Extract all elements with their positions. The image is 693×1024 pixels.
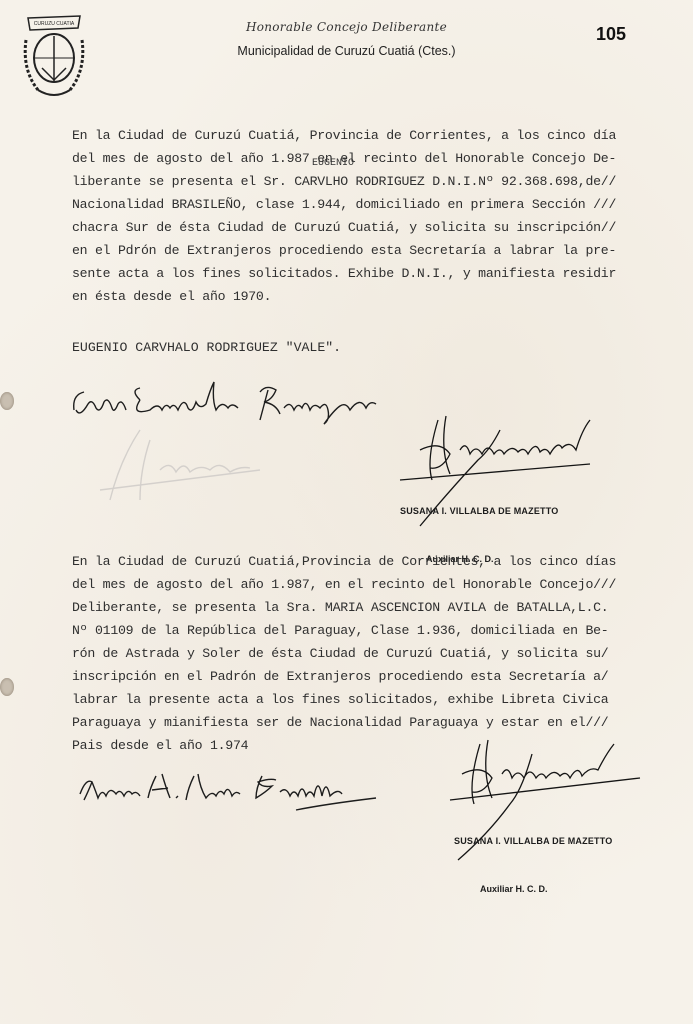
- act1-line: sente acta a los fines solicitados. Exhi…: [72, 262, 692, 285]
- act2-line: del mes de agosto del año 1.987, en el r…: [72, 573, 692, 596]
- punch-hole-top: [0, 392, 14, 410]
- act2-paragraph: En la Ciudad de Curuzú Cuatiá,Provincia …: [72, 550, 692, 757]
- stamp-title: Auxiliar H. C. D.: [480, 884, 612, 894]
- declarant-name: EUGENIO CARVHALO RODRIGUEZ "VALE".: [72, 340, 341, 355]
- act2-line: rón de Astrada y Soler de ésta Ciudad de…: [72, 642, 692, 665]
- municipality-title: Municipalidad de Curuzú Cuatiá (Ctes.): [0, 44, 693, 58]
- act1-line: en ésta desde el año 1970.: [72, 285, 692, 308]
- council-title: Honorable Concejo Deliberante: [0, 20, 693, 34]
- act1-line: liberante se presenta el Sr. CARVLHO ROD…: [72, 170, 692, 193]
- act2-line: labrar la presente acta a los fines soli…: [72, 688, 692, 711]
- declarant-signature-2: [76, 768, 396, 818]
- act1-line: chacra Sur de ésta Ciudad de Curuzú Cuat…: [72, 216, 692, 239]
- act1-line: del mes de agosto del año 1.987 en el re…: [72, 147, 692, 170]
- folio-number: 105: [596, 24, 626, 45]
- act1-line: En la Ciudad de Curuzú Cuatiá, Provincia…: [72, 124, 692, 147]
- act2-line: Deliberante, se presenta la Sra. MARIA A…: [72, 596, 692, 619]
- faint-signature-bleed: [80, 420, 300, 510]
- act2-line: Paraguaya y mianifiesta ser de Nacionali…: [72, 711, 692, 734]
- act2-line: inscripción en el Padrón de Extranjeros …: [72, 665, 692, 688]
- stamp-name: SUSANA I. VILLALBA DE MAZETTO: [400, 506, 558, 516]
- punch-hole-bottom: [0, 678, 14, 696]
- official-stamp-2: SUSANA I. VILLALBA DE MAZETTO Auxiliar H…: [454, 800, 612, 930]
- stamp-name: SUSANA I. VILLALBA DE MAZETTO: [454, 836, 612, 846]
- act1-paragraph: En la Ciudad de Curuzú Cuatiá, Provincia…: [72, 124, 692, 308]
- act2-line: Nº 01109 de la República del Paraguay, C…: [72, 619, 692, 642]
- act1-line: en el Pdrón de Extranjeros procediendo e…: [72, 239, 692, 262]
- act2-line: En la Ciudad de Curuzú Cuatiá,Provincia …: [72, 550, 692, 573]
- act1-line: Nacionalidad BRASILEÑO, clase 1.944, dom…: [72, 193, 692, 216]
- document-page: CURUZU CUATIA Honorable Concejo Delibera…: [0, 0, 693, 1024]
